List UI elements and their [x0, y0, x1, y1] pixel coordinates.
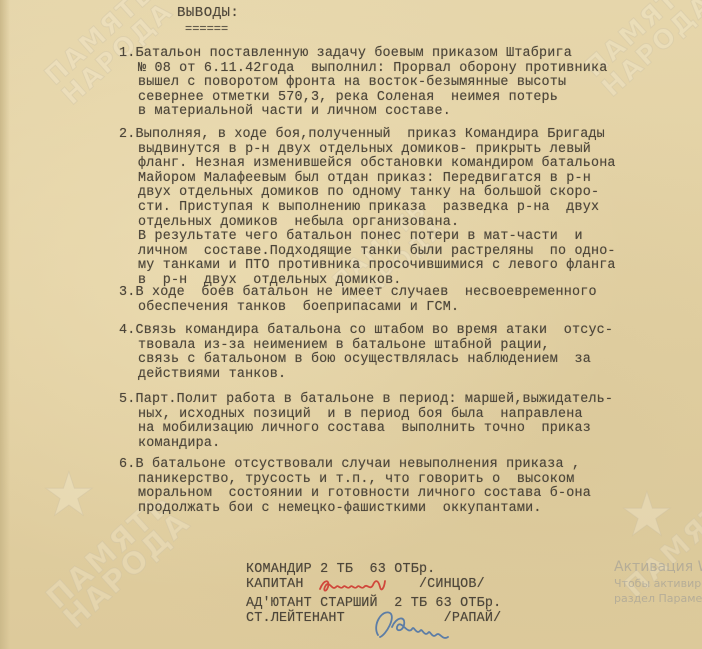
item-line: на мобилизацию личного состава выполнить… [119, 422, 613, 437]
item-text: командира. [138, 436, 220, 451]
item-line: 1.Батальон поставленную задачу боевым пр… [119, 47, 607, 62]
item-text: обеспечения танков боеприпасами и ГСМ. [138, 300, 459, 315]
item-line: командира. [119, 437, 613, 452]
item-line: выдвинутся в р-н двух отдельных домиков-… [119, 143, 616, 158]
heading-underline: ====== [185, 22, 228, 37]
item-text: связь с батальоном в бою осуществлялась … [138, 352, 591, 367]
item-number: 3. [119, 285, 135, 300]
item-line: в материальной части и личном составе. [119, 105, 607, 120]
item-number: 5. [119, 392, 135, 407]
item-line: В результате чего батальон понес потери … [119, 230, 616, 245]
handwritten-signature-blue [368, 605, 450, 649]
conclusion-item-3: 3.В ходе боев батальон не имеет случаев … [119, 286, 597, 315]
item-text: Майором Малафеевым был отдан приказ: Пер… [138, 171, 591, 186]
item-text: фланг. Незная изменившейся обстановки ко… [138, 156, 616, 171]
item-text: на мобилизацию личного состава выполнить… [138, 421, 591, 436]
handwritten-signature-red [318, 575, 386, 597]
item-line: двух отдельных домиков по одному танку н… [119, 186, 616, 201]
item-text: севернее отметки 570,3, река Соленая неи… [138, 90, 558, 105]
item-number: 1. [119, 46, 135, 61]
item-text: выдвинутся в р-н двух отдельных домиков-… [138, 142, 591, 157]
item-line: действиями танков. [119, 368, 613, 383]
activation-line-2: раздел Параметры [614, 591, 702, 606]
item-text: Батальон поставленную задачу боевым прик… [135, 46, 572, 61]
activation-line-1: Чтобы активировать Windows, [614, 576, 702, 591]
item-line: 6.В батальоне отсуствовали случаи невыпо… [119, 458, 591, 473]
item-line: продолжать бои с немецко-фашисткими окку… [119, 502, 591, 517]
item-line: личном составе.Подходящие танки были рас… [119, 245, 616, 260]
document-heading: ВЫВОДЫ: [177, 6, 239, 21]
item-line: 5.Парт.Полит работа в батальоне в период… [119, 393, 613, 408]
item-text: продолжать бои с немецко-фашисткими окку… [138, 501, 542, 516]
item-text: сти. Приступая к выполнению приказа разв… [138, 200, 599, 215]
item-text: действиями танков. [138, 367, 286, 382]
item-line: вышел с поворотом фронта на восток-безым… [119, 76, 607, 91]
item-text: в материальной части и личном составе. [138, 104, 451, 119]
item-line: 2.Выполняя, в ходе боя,полученный приказ… [119, 128, 616, 143]
conclusion-item-5: 5.Парт.Полит работа в батальоне в период… [119, 393, 613, 451]
item-line: фланг. Незная изменившейся обстановки ко… [119, 157, 616, 172]
item-line: связь с батальоном в бою осуществлялась … [119, 353, 613, 368]
item-text: В результате чего батальон понес потери … [138, 229, 583, 244]
conclusion-item-4: 4.Связь командира батальона со штабом во… [119, 324, 613, 382]
item-text: Парт.Полит работа в батальоне в период: … [135, 392, 613, 407]
item-line: обеспечения танков боеприпасами и ГСМ. [119, 301, 597, 316]
item-text: му танками и ПТО противника просочившими… [138, 258, 616, 273]
conclusion-item-2: 2.Выполняя, в ходе боя,полученный приказ… [119, 128, 616, 289]
item-text: ных, исходных позиций и в период боя был… [138, 407, 583, 422]
item-number: 6. [119, 457, 135, 472]
item-text: твовала из-за неимением в батальоне штаб… [138, 338, 550, 353]
item-number: 4. [119, 323, 135, 338]
item-text: вышел с поворотом фронта на восток-безым… [138, 75, 566, 90]
page-edge-shadow [0, 0, 10, 649]
conclusion-item-6: 6.В батальоне отсуствовали случаи невыпо… [119, 458, 591, 516]
conclusion-item-1: 1.Батальон поставленную задачу боевым пр… [119, 47, 607, 120]
watermark-star-icon: ★ [42, 460, 96, 530]
item-line: ных, исходных позиций и в период боя был… [119, 408, 613, 423]
item-text: отдельных домиков небыла организована. [138, 215, 459, 230]
item-line: моральном состоянии и готовности личного… [119, 487, 591, 502]
item-line: твовала из-за неимением в батальоне штаб… [119, 339, 613, 354]
watermark-star-icon: ★ [620, 480, 674, 550]
windows-activation-notice: Активация Windows Чтобы активировать Win… [614, 558, 702, 606]
item-line: 4.Связь командира батальона со штабом во… [119, 324, 613, 339]
item-line: му танками и ПТО противника просочившими… [119, 259, 616, 274]
item-line: отдельных домиков небыла организована. [119, 216, 616, 231]
item-text: В ходе боев батальон не имеет случаев не… [135, 285, 596, 300]
item-line: № 08 от 6.11.42года выполнил: Прорвал об… [119, 62, 607, 77]
item-number: 2. [119, 127, 135, 142]
item-text: Связь командира батальона со штабом во в… [135, 323, 613, 338]
item-text: Выполняя, в ходе боя,полученный приказ К… [135, 127, 604, 142]
item-line: паникерство, трусость и т.п., что говори… [119, 473, 591, 488]
item-line: 3.В ходе боев батальон не имеет случаев … [119, 286, 597, 301]
item-text: паникерство, трусость и т.п., что говори… [138, 472, 575, 487]
item-text: моральном состоянии и готовности личного… [138, 486, 591, 501]
item-text: двух отдельных домиков по одному танку н… [138, 185, 599, 200]
activation-title: Активация Windows [614, 558, 702, 576]
item-text: личном составе.Подходящие танки были рас… [138, 244, 616, 259]
item-text: В батальоне отсуствовали случаи невыполн… [135, 457, 580, 472]
item-line: сти. Приступая к выполнению приказа разв… [119, 201, 616, 216]
item-text: № 08 от 6.11.42года выполнил: Прорвал об… [138, 61, 607, 76]
